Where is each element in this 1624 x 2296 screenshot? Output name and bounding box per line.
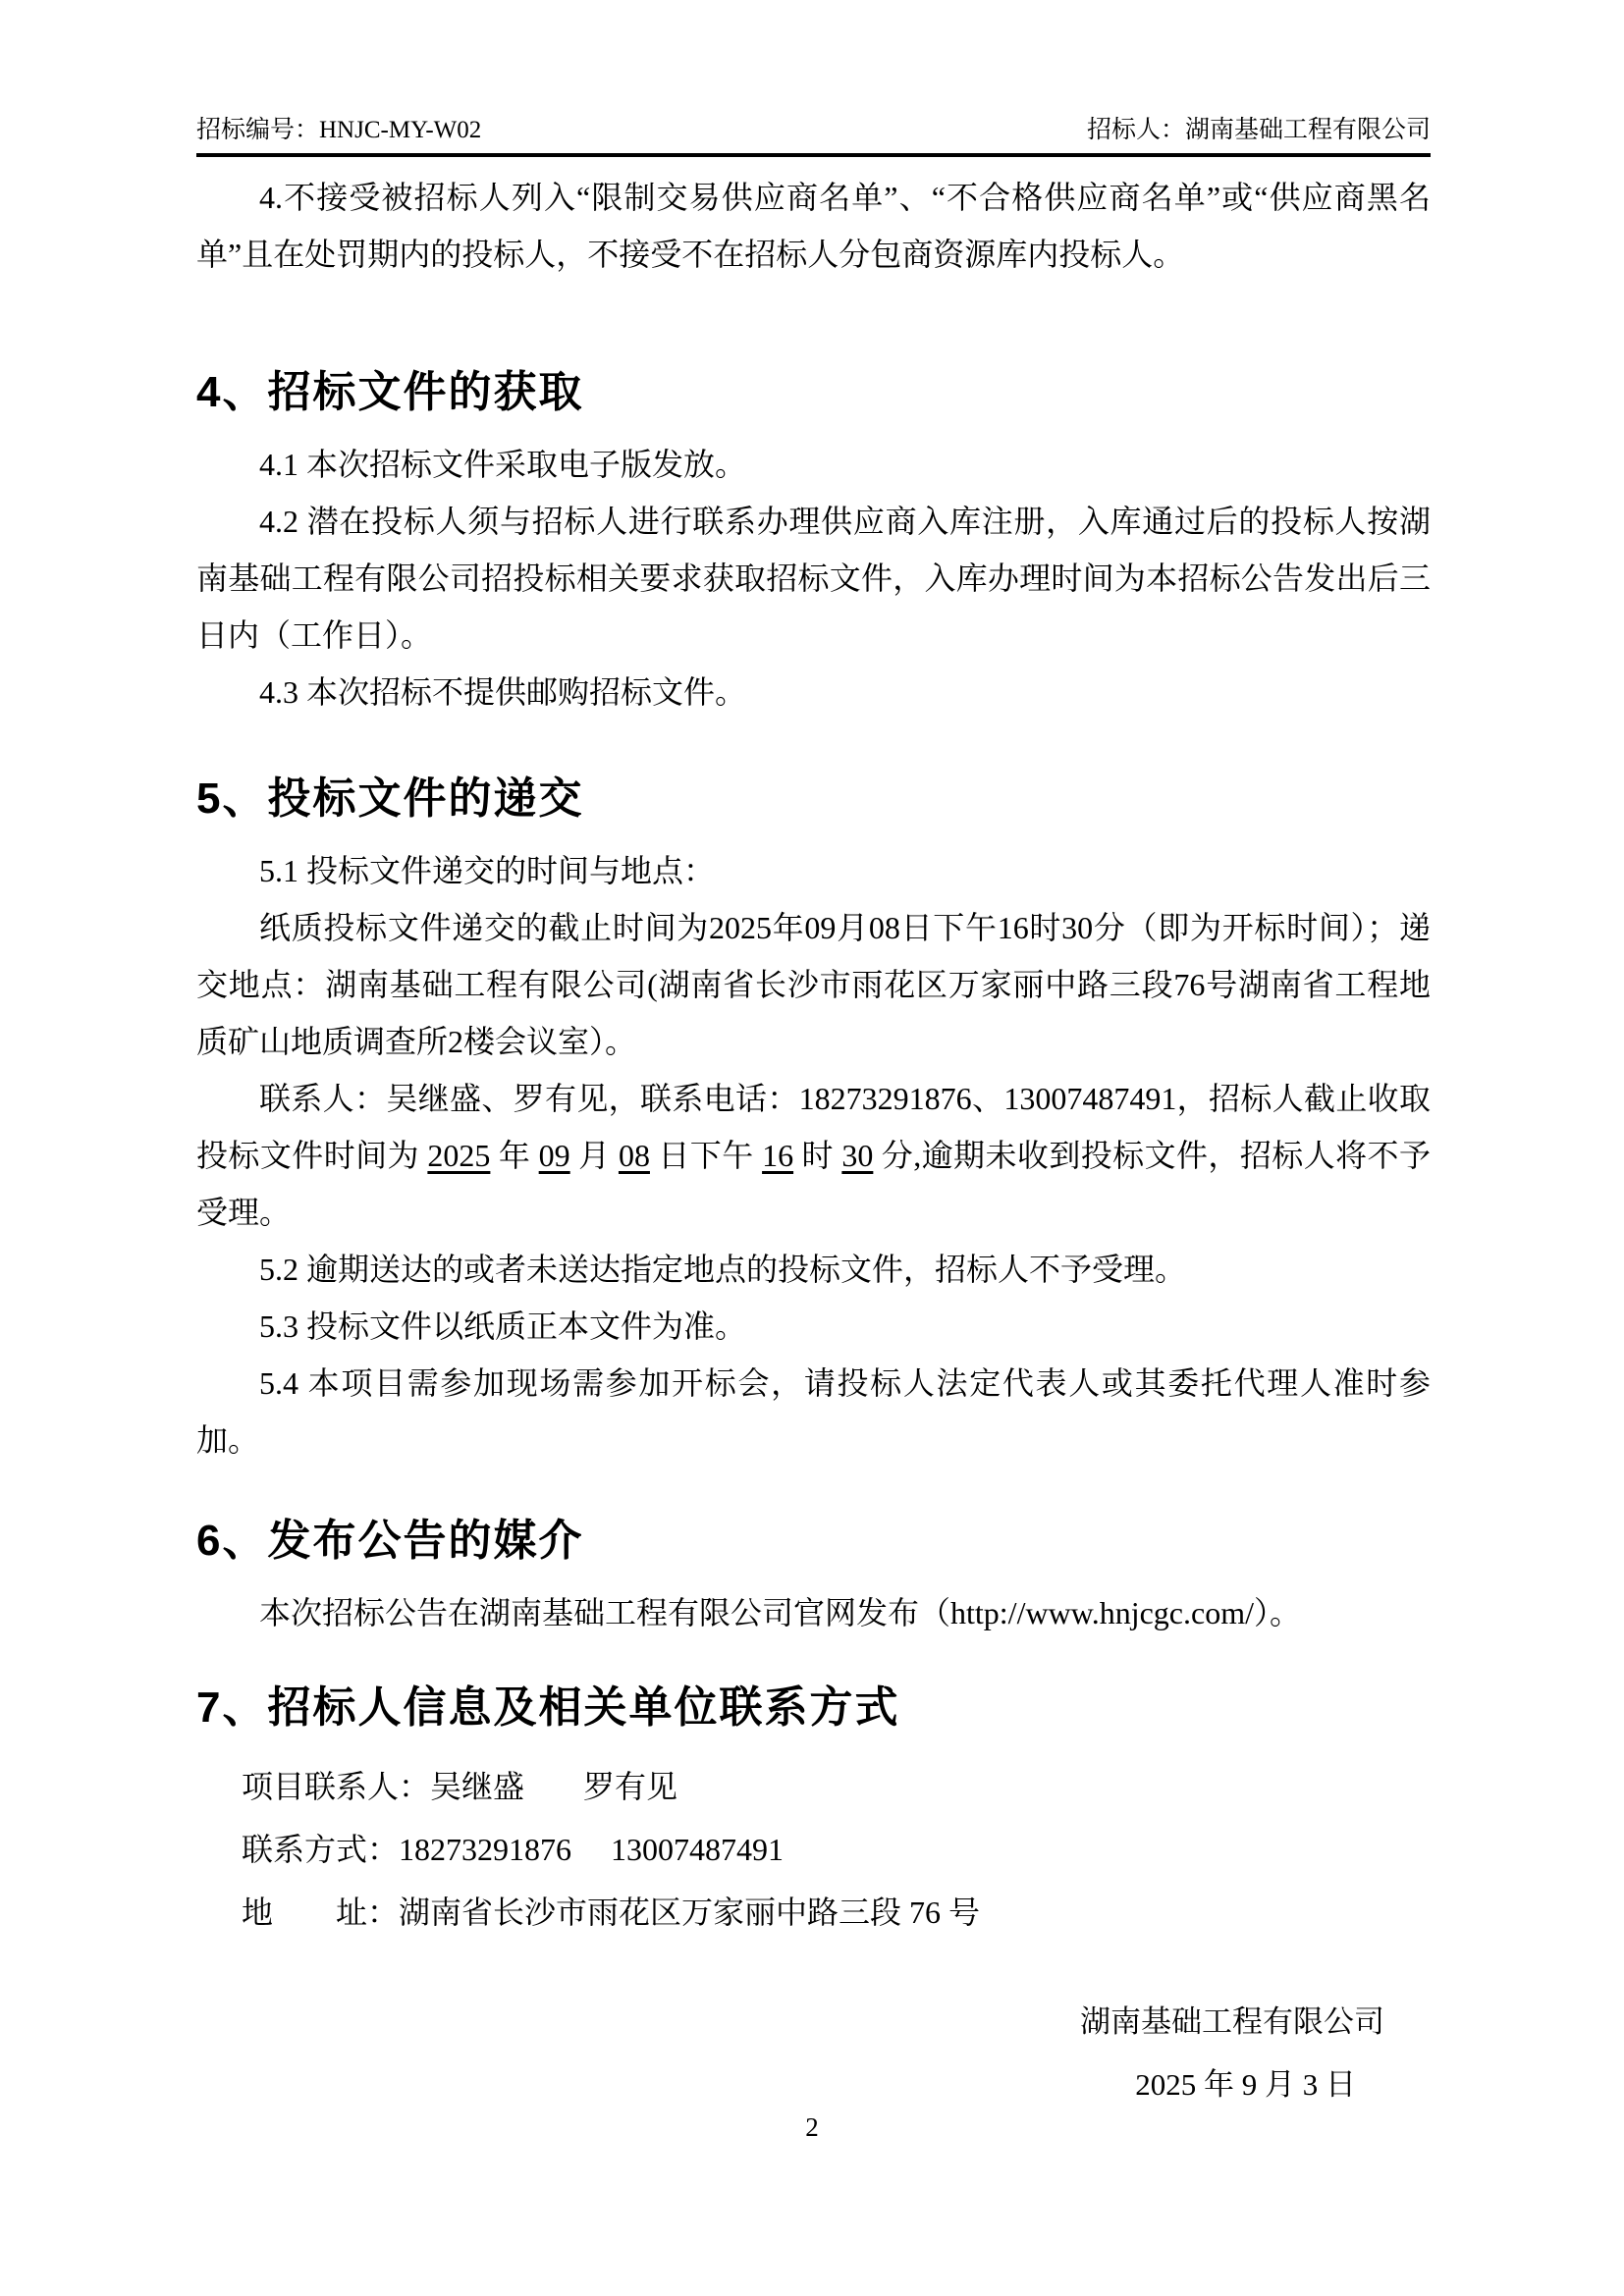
clause-4-3: 4.3 本次招标不提供邮购招标文件。 xyxy=(196,664,1431,721)
page-content: 招标编号：HNJC-MY-W02 招标人：湖南基础工程有限公司 4.不接受被招标… xyxy=(196,0,1431,2116)
signature-block: 湖南基础工程有限公司 2025 年 9 月 3 日 xyxy=(196,1991,1431,2116)
phone-number-1: 18273291876 xyxy=(399,1832,571,1867)
contact-phones-line: 联系方式：1827329187613007487491 xyxy=(196,1818,1431,1881)
section-4-heading: 4、招标文件的获取 xyxy=(196,365,1431,420)
signature-company: 湖南基础工程有限公司 xyxy=(196,1991,1431,2054)
section-5-heading: 5、投标文件的递交 xyxy=(196,772,1431,827)
clause-4-1: 4.1 本次招标文件采取电子版发放。 xyxy=(196,436,1431,493)
clause-5-4: 5.4 本项目需参加现场需参加开标会，请投标人法定代表人或其委托代理人准时参加。 xyxy=(196,1355,1431,1468)
project-contacts-label: 项目联系人： xyxy=(242,1769,430,1804)
phones-label: 联系方式： xyxy=(242,1832,399,1867)
page-header: 招标编号：HNJC-MY-W02 招标人：湖南基础工程有限公司 xyxy=(196,0,1431,157)
tenderee-label: 招标人：湖南基础工程有限公司 xyxy=(1087,116,1431,145)
clause-6-body: 本次招标公告在湖南基础工程有限公司官网发布（http://www.hnjcgc.… xyxy=(196,1584,1431,1641)
clause-5-2: 5.2 逾期送达的或者未送达指定地点的投标文件，招标人不予受理。 xyxy=(196,1241,1431,1298)
intro-clause-4: 4.不接受被招标人列入“限制交易供应商名单”、“不合格供应商名单”或“供应商黑名… xyxy=(196,169,1431,283)
clause-5-deadline: 纸质投标文件递交的截止时间为2025年09月08日下午16时30分（即为开标时间… xyxy=(196,899,1431,1070)
project-contacts-line: 项目联系人：吴继盛罗有见 xyxy=(196,1755,1431,1818)
section-7-heading: 7、招标人信息及相关单位联系方式 xyxy=(196,1681,1431,1735)
clause-5-1: 5.1 投标文件递交的时间与地点： xyxy=(196,842,1431,899)
tender-number-label: 招标编号：HNJC-MY-W02 xyxy=(196,116,481,145)
address-value: 湖南省长沙市雨花区万家丽中路三段 76 号 xyxy=(399,1895,980,1930)
contact-name-1: 吴继盛 xyxy=(430,1769,524,1804)
phone-number-2: 13007487491 xyxy=(611,1832,784,1867)
clause-4-2: 4.2 潜在投标人须与招标人进行联系办理供应商入库注册，入库通过后的投标人按湖南… xyxy=(196,493,1431,664)
signature-date: 2025 年 9 月 3 日 xyxy=(196,2054,1431,2116)
clause-5-contact: 联系人：吴继盛、罗有见，联系电话：18273291876、13007487491… xyxy=(196,1070,1431,1241)
address-line: 地 址：湖南省长沙市雨花区万家丽中路三段 76 号 xyxy=(196,1881,1431,1944)
page-number: 2 xyxy=(0,2112,1624,2143)
clause-5-3: 5.3 投标文件以纸质正本文件为准。 xyxy=(196,1298,1431,1355)
contact-name-2: 罗有见 xyxy=(583,1769,677,1804)
section-6-heading: 6、发布公告的媒介 xyxy=(196,1514,1431,1569)
address-label: 地 址： xyxy=(242,1895,399,1930)
